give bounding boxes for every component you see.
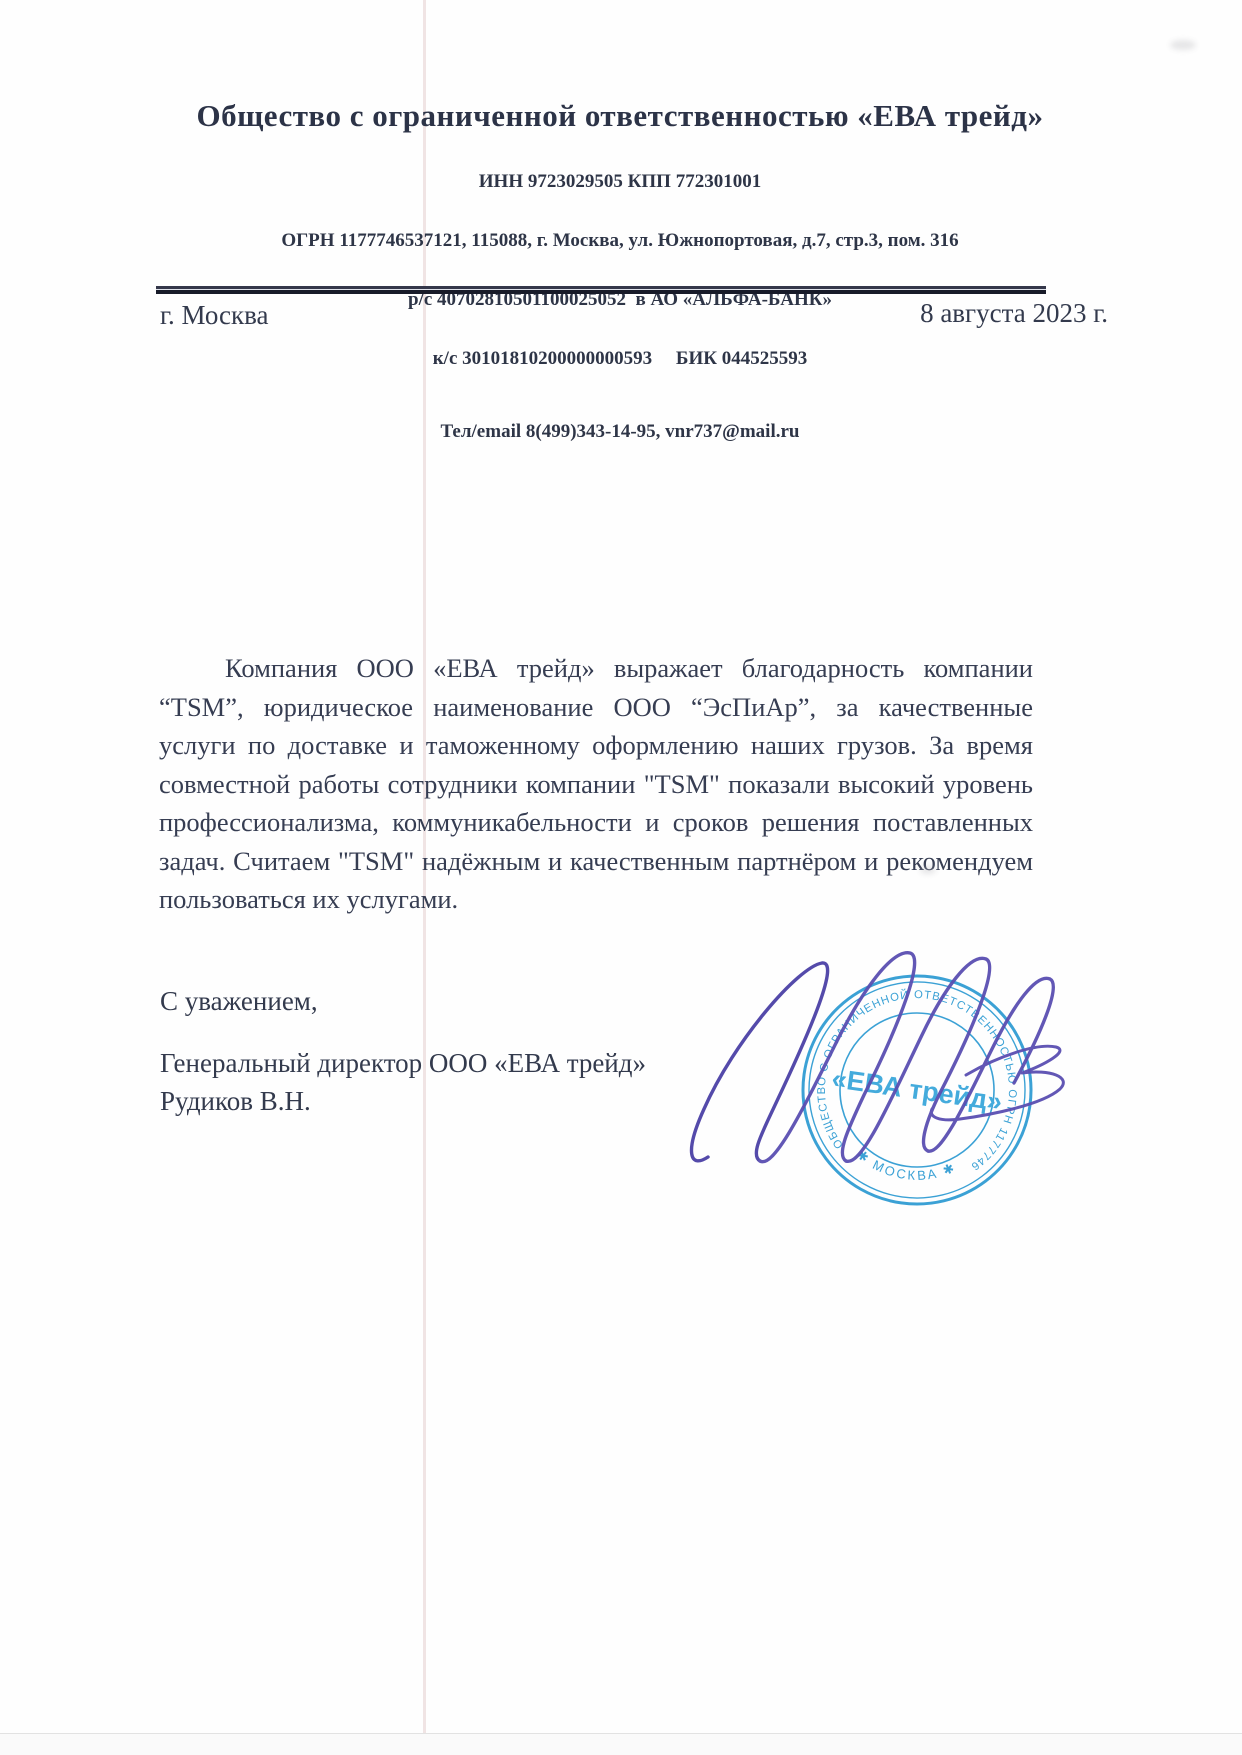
signer-name: Рудиков В.Н.: [160, 1086, 311, 1117]
company-corr-account-bik: к/с 30101810200000000593 БИК 044525593: [140, 347, 1100, 370]
scan-page-bottom-edge: [0, 1733, 1242, 1755]
scanned-letter-page: Общество с ограниченной ответственностью…: [0, 0, 1242, 1755]
letterhead: Общество с ограниченной ответственностью…: [140, 62, 1100, 479]
company-title: Общество с ограниченной ответственностью…: [140, 98, 1100, 134]
closing-regards: С уважением,: [160, 986, 318, 1017]
scan-artifact-smudge: [1170, 40, 1196, 50]
signer-title: Генеральный директор ООО «ЕВА трейд»: [160, 1048, 646, 1079]
director-signature-ink: [670, 925, 1090, 1185]
letterhead-divider-rule: [156, 286, 1046, 294]
letter-city: г. Москва: [160, 300, 269, 331]
company-ogrn-address: ОГРН 1177746537121, 115088, г. Москва, у…: [140, 229, 1100, 252]
company-phone-email: Тел/email 8(499)343-14-95, vnr737@mail.r…: [140, 420, 1100, 443]
letter-body-paragraph: Компания ООО «ЕВА трейд» выражает благод…: [159, 649, 1033, 919]
letter-date: 8 августа 2023 г.: [920, 298, 1108, 329]
scan-artifact-smudge: [920, 866, 936, 874]
company-inn-kpp: ИНН 9723029505 КПП 772301001: [140, 170, 1100, 193]
